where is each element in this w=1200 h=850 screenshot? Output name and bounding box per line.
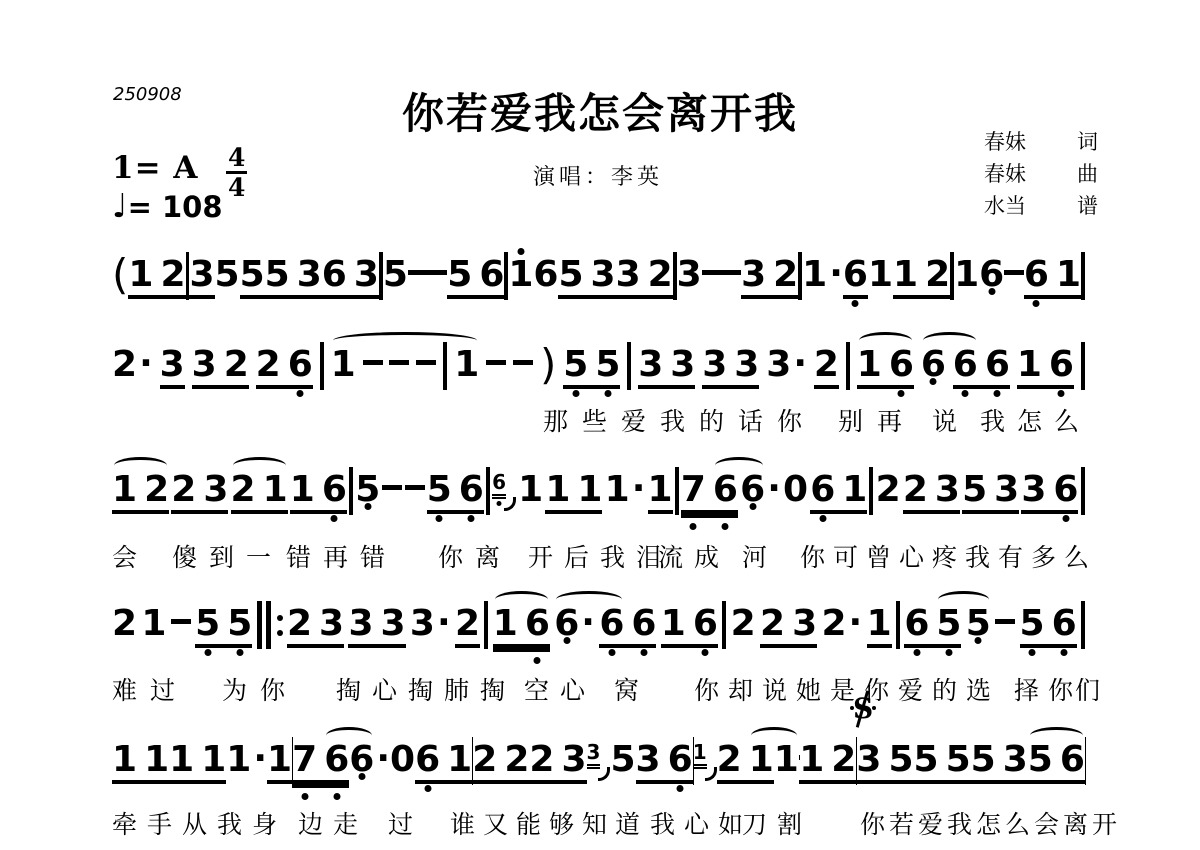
beam-group-cell: 12 <box>112 470 169 514</box>
beam-group-cell: 55 <box>563 345 620 389</box>
note-cell: 1 <box>508 255 533 295</box>
repeat-barline <box>257 601 262 649</box>
underline-group: 76 <box>292 740 349 784</box>
sheet-music-page: 250908 你若爱我怎会离开我 演唱：李英 春妹 词 春妹 曲 水当 谱 1=… <box>0 0 1200 850</box>
octave-dot-below <box>301 793 308 800</box>
jianpu-note: 6 <box>1024 255 1049 295</box>
credit-name: 春妹 <box>984 160 1026 188</box>
credit-name: 春妹 <box>984 128 1026 156</box>
jianpu-note: 5 <box>971 740 996 780</box>
lyric-segment: 我怎么 <box>980 407 1091 437</box>
jianpu-note: 2 <box>821 604 846 644</box>
jianpu-note: 5 <box>265 255 290 295</box>
note-cell: 2· <box>821 604 862 644</box>
beam-group-cell: 56 <box>447 255 504 299</box>
beam-group-cell: 11 <box>545 470 602 514</box>
octave-dot-below <box>468 515 475 522</box>
beam-group-cell: 23 <box>287 604 344 648</box>
duration-dash <box>513 360 533 365</box>
time-signature-denominator: 4 <box>228 174 245 201</box>
jianpu-note: 5 <box>227 604 252 644</box>
jianpu-note: 3 <box>160 345 185 385</box>
jianpu-note: 3 <box>348 604 373 644</box>
note-cell: 1· <box>226 740 267 780</box>
underline-group: 2 <box>455 604 480 648</box>
jianpu-note: 6 <box>1049 345 1074 385</box>
beam-group-cell: 23 <box>760 604 817 648</box>
octave-dot-below <box>1061 649 1068 656</box>
jianpu-note: 5 <box>355 470 380 510</box>
note-cell: 0 <box>390 740 415 780</box>
jianpu-note: 6 <box>492 470 506 494</box>
jianpu-note: 1 <box>661 604 686 644</box>
underline-group: 33 <box>638 345 695 389</box>
beam-group-cell: 23 <box>529 740 586 784</box>
note-cell: 1 <box>868 255 893 295</box>
beam-group-cell: 6 <box>843 255 868 299</box>
barline <box>846 342 850 390</box>
jianpu-note: 1 <box>799 740 824 780</box>
note-cell: 5 <box>966 604 991 644</box>
jianpu-note: 6 <box>985 345 1010 385</box>
jianpu-note: 2 <box>504 740 529 780</box>
jianpu-note: 5 <box>914 740 939 780</box>
jianpu-note: 2 <box>455 604 480 644</box>
grace-slur-hook <box>705 767 717 781</box>
open-paren: ( <box>112 255 128 295</box>
beam-group-cell: 53 <box>971 740 1028 784</box>
underline-group: 23 <box>171 470 228 514</box>
slur-arc <box>715 457 763 474</box>
octave-dot-below <box>962 390 969 397</box>
beam-group-cell: 3 <box>160 345 185 389</box>
jianpu-note: 3 <box>616 255 641 295</box>
beam-group-cell: 5 <box>240 255 265 299</box>
repeat-begin-sign <box>257 601 283 649</box>
jianpu-note: 5 <box>1028 740 1053 780</box>
underline-group: 36 <box>636 740 693 784</box>
beam-group-cell: 53 <box>558 255 615 299</box>
lyric-segment: 河 <box>742 543 767 573</box>
octave-dot-below <box>898 390 905 397</box>
score-line-5: 11111·1766·0612223353612111235555356 <box>112 740 1085 780</box>
segno-dot <box>850 706 854 710</box>
octave-dot-below <box>424 785 431 792</box>
duration-dash <box>702 270 722 275</box>
score-line-4: 215523333·2166·66162232·165556 <box>112 604 1085 644</box>
jianpu-note: 2 <box>144 470 169 510</box>
jianpu-note: 1 <box>128 255 153 295</box>
jianpu-note: 1 <box>1017 345 1042 385</box>
slur-arc <box>938 591 988 608</box>
octave-dot-below <box>702 649 709 656</box>
jianpu-note: 1 <box>331 345 356 385</box>
duration-dash <box>171 619 191 624</box>
underline-group: 53 <box>971 740 1028 784</box>
jianpu-note: 2 <box>731 604 756 644</box>
jianpu-note: 5 <box>946 740 971 780</box>
jianpu-note: 6 <box>288 345 313 385</box>
duration-dash <box>1004 270 1024 275</box>
duration-dash <box>405 485 425 490</box>
beam-group-cell: 33 <box>348 604 405 648</box>
octave-dot-below <box>913 649 920 656</box>
jianpu-note: 2 <box>814 345 839 385</box>
underline-group: 23 <box>760 604 817 648</box>
jianpu-note: 2 <box>112 345 137 385</box>
slur-arc <box>751 727 797 744</box>
repeat-dots <box>275 601 283 649</box>
jianpu-note: 2 <box>760 604 785 644</box>
octave-dot-below <box>563 637 570 644</box>
jianpu-note: 3 <box>792 604 817 644</box>
jianpu-note: 5 <box>447 255 472 295</box>
jianpu-note: 3 <box>319 604 344 644</box>
lyric-segment: 你离 <box>438 543 512 573</box>
beam-group-cell: 1 <box>267 740 292 784</box>
jianpu-note: 3 <box>734 345 759 385</box>
jianpu-note: 6 <box>459 470 484 510</box>
jianpu-note: 2 <box>256 345 281 385</box>
jianpu-note: 5 <box>215 255 240 295</box>
underline-group: 6 <box>843 255 868 299</box>
jianpu-note: 3 <box>354 255 379 295</box>
octave-dot-below <box>297 390 304 397</box>
beam-group-cell: 32 <box>741 255 798 299</box>
octave-dot-below <box>975 637 982 644</box>
lyric-segment: 你可曾心疼我有多么 <box>800 543 1097 573</box>
jianpu-note: 1 <box>893 255 918 295</box>
jianpu-note: 5 <box>427 470 452 510</box>
jianpu-note: 1 <box>648 470 673 510</box>
jianpu-note: 6 <box>1060 740 1085 780</box>
underline-group: 55 <box>195 604 252 648</box>
lyric-segment: 别再 <box>838 407 916 437</box>
octave-dot-below <box>608 649 615 656</box>
duration-dash <box>486 360 506 365</box>
tempo-marking: ♩= 108 <box>112 189 223 224</box>
jianpu-note: 1 <box>545 470 570 510</box>
underline-group: 32 <box>741 255 798 299</box>
octave-dot-below <box>988 288 995 295</box>
jianpu-note: 3 <box>192 345 217 385</box>
note-cell: 6· <box>349 740 390 780</box>
jianpu-note: 2 <box>876 470 901 510</box>
lyric-segment: 谁又能够知道 <box>450 810 648 840</box>
underline-group: 55 <box>914 740 971 784</box>
credit-role: 谱 <box>1077 192 1098 220</box>
note-cell: 1· <box>605 470 646 510</box>
note-cell: 6 <box>921 345 946 385</box>
underline-group: 11 <box>169 740 226 784</box>
beam-group-cell: 23 <box>171 470 228 514</box>
jianpu-note: 7 <box>292 740 317 780</box>
lyric-segment: 傻到一 <box>172 543 283 573</box>
underline-group: 16 <box>1017 345 1074 389</box>
lyric-segment: 你若爱我怎么会离开 <box>860 810 1121 840</box>
underline-group: 76 <box>681 470 738 514</box>
augmentation-dot: · <box>376 740 390 778</box>
jianpu-note: 3 <box>994 470 1019 510</box>
jianpu-note: 3 <box>381 604 406 644</box>
underline-group: 12 <box>112 470 169 514</box>
underline-group: 65 <box>904 604 961 648</box>
beam-group-cell: 12 <box>799 740 856 784</box>
jianpu-note: 3 <box>1003 740 1028 780</box>
jianpu-note: 3 <box>935 470 960 510</box>
note-cell: 2 <box>731 604 756 644</box>
jianpu-note: 2 <box>773 255 798 295</box>
jianpu-note: 1 <box>749 740 774 780</box>
beam-group-cell: 76 <box>681 470 738 514</box>
beam-group-cell: 63 <box>322 255 379 299</box>
jianpu-note: 1 <box>169 740 194 780</box>
lyric-segment: 那些爱我的话你 <box>543 407 816 437</box>
duration-dash <box>721 270 741 275</box>
octave-dot-below <box>930 378 937 385</box>
grace-note-cell: 3 <box>587 740 611 781</box>
underline-group: 53 <box>265 255 322 299</box>
underline-group: 32 <box>192 345 249 389</box>
jianpu-note: 2 <box>648 255 673 295</box>
jianpu-note: 7 <box>681 470 706 510</box>
credits-block: 春妹 词 春妹 曲 水当 谱 <box>984 128 1098 220</box>
underline-group: 56 <box>447 255 504 299</box>
jianpu-note: 1 <box>454 345 479 385</box>
augmentation-dot: · <box>437 604 451 642</box>
underline-group: 3 <box>189 255 214 299</box>
beam-group-cell: 35 <box>856 740 913 784</box>
repeat-dot <box>277 630 283 636</box>
credit-role: 词 <box>1077 128 1098 156</box>
beam-group-cell: 61 <box>1024 255 1081 299</box>
beam-group-cell: 3 <box>189 255 214 299</box>
slur-arc <box>495 591 548 608</box>
augmentation-dot: · <box>793 345 807 383</box>
barline <box>675 467 679 515</box>
beam-group-cell: 55 <box>195 604 252 648</box>
beam-group-cell: 16 <box>661 604 718 648</box>
barline <box>722 601 726 649</box>
jianpu-note: 6 <box>953 345 978 385</box>
slur-arc <box>923 332 976 349</box>
duration-dash <box>382 485 402 490</box>
jianpu-note: 5 <box>962 470 987 510</box>
barline <box>896 601 900 649</box>
singer-line: 演唱：李英 <box>533 164 663 192</box>
underline-group: 21 <box>231 470 288 514</box>
grace-slur-hook <box>504 497 516 511</box>
beam-group-cell: 26 <box>256 345 313 389</box>
jianpu-note: 1 <box>605 470 630 510</box>
jianpu-note: 6 <box>631 604 656 644</box>
underline-group: 56 <box>1028 740 1085 784</box>
octave-dot-below <box>1033 300 1040 307</box>
underline-group: 1 <box>267 740 292 784</box>
barline <box>443 342 447 390</box>
beam-group-cell: 12 <box>893 255 950 299</box>
duration-dash <box>995 619 1015 624</box>
underline-group: 2 <box>814 345 839 389</box>
jianpu-note: 1 <box>802 255 827 295</box>
jianpu-note: 5 <box>195 604 220 644</box>
beam-group-cell: 22 <box>472 740 529 784</box>
lyric-segment: 流成 <box>658 543 730 573</box>
note-cell: 6· <box>740 470 781 510</box>
grace-slur-hook <box>598 767 610 781</box>
underline-group: 16 <box>290 470 347 514</box>
barline <box>320 342 324 390</box>
jianpu-note: 5 <box>888 740 913 780</box>
credit-lyricist: 春妹 词 <box>984 128 1098 156</box>
barline <box>486 467 490 515</box>
jianpu-note: 6 <box>479 255 504 295</box>
octave-dot-below <box>690 523 697 530</box>
jianpu-note: 2 <box>529 740 554 780</box>
grace-note-group: 1 <box>693 740 707 766</box>
beam-group-cell: 36 <box>636 740 693 784</box>
jianpu-note: 3 <box>856 740 881 780</box>
augmentation-dot: · <box>829 255 843 293</box>
barline <box>1081 342 1085 390</box>
jianpu-note: 6 <box>713 470 738 510</box>
jianpu-note: 2 <box>287 604 312 644</box>
underline-group: 63 <box>322 255 379 299</box>
underline-group: 61 <box>1024 255 1081 299</box>
beam-group-cell: 53 <box>265 255 322 299</box>
lyric-segment: 你却说她是你爱的选 <box>694 676 1000 706</box>
jianpu-note: 6 <box>668 740 693 780</box>
slur-arc <box>233 457 286 474</box>
note-cell: 6· <box>554 604 595 644</box>
note-cell: 3· <box>766 345 807 385</box>
duration-dash <box>363 360 383 365</box>
jianpu-note: 1 <box>493 604 518 644</box>
note-cell: 6 <box>979 255 1004 295</box>
jianpu-note: 1 <box>954 255 979 295</box>
jianpu-note: 1 <box>112 740 137 780</box>
jianpu-note: 3 <box>636 740 661 780</box>
jianpu-note: 1 <box>508 255 533 295</box>
jianpu-note: 6 <box>415 740 440 780</box>
underline-group: 55 <box>563 345 620 389</box>
augmentation-dot: · <box>139 345 153 383</box>
slur-arc <box>333 332 478 349</box>
underline-group: 53 <box>962 470 1019 514</box>
augmentation-dot: · <box>632 470 646 508</box>
underline-group: 33 <box>348 604 405 648</box>
jianpu-note: 1 <box>290 470 315 510</box>
underline-group: 3 <box>160 345 185 389</box>
beam-group-cell: 56 <box>1020 604 1077 648</box>
augmentation-dot: · <box>767 470 781 508</box>
duration-dash <box>416 360 436 365</box>
note-cell: 5 <box>355 470 380 510</box>
octave-dot-below <box>1029 649 1036 656</box>
underline-group: 23 <box>529 740 586 784</box>
octave-dot-below <box>436 515 443 522</box>
jianpu-note: 5 <box>240 255 265 295</box>
beam-group-cell: 53 <box>962 470 1019 514</box>
beam-group-cell: 33 <box>702 345 759 389</box>
note-cell: 5 <box>610 740 635 780</box>
jianpu-note: 1 <box>267 740 292 780</box>
rest-note: 0 <box>783 470 808 510</box>
score-line-1: (1235553635561653323321·61121661 <box>112 255 1085 295</box>
octave-dot-below <box>1058 390 1065 397</box>
jianpu-note: 2 <box>231 470 256 510</box>
jianpu-note: 6 <box>554 604 579 644</box>
jianpu-note: 3 <box>702 345 727 385</box>
underline-group: 56 <box>427 470 484 514</box>
underline-group: 66 <box>599 604 656 648</box>
jianpu-note: 5 <box>563 345 588 385</box>
lyric-segment: 错再错 <box>286 543 397 573</box>
barline <box>627 342 631 390</box>
jianpu-note: 2 <box>224 345 249 385</box>
jianpu-note: 5 <box>966 604 991 644</box>
note-cell: 1 <box>954 255 979 295</box>
lyric-segment: 为你 <box>222 676 298 706</box>
underline-group: 16 <box>493 604 550 648</box>
grace-note-cell: 1 <box>693 740 717 781</box>
jianpu-note: 2 <box>171 470 196 510</box>
beam-group-cell: 1 <box>648 470 673 514</box>
octave-dot-below <box>572 390 579 397</box>
jianpu-note: 3 <box>638 345 663 385</box>
underline-group: 32 <box>616 255 673 299</box>
jianpu-note: 1 <box>857 345 882 385</box>
barline <box>869 467 873 515</box>
jianpu-note: 3 <box>203 470 228 510</box>
jianpu-note: 1 <box>1056 255 1081 295</box>
beam-group-cell: 65 <box>904 604 961 648</box>
jianpu-note: 2 <box>925 255 950 295</box>
time-signature-numerator: 4 <box>226 144 247 174</box>
jianpu-note: 6 <box>979 255 1004 295</box>
octave-dot-below <box>534 657 541 664</box>
quarter-note-icon: ♩ <box>112 186 128 225</box>
underline-group: 16 <box>661 604 718 648</box>
jianpu-note: 1 <box>112 470 137 510</box>
score-line-2: 2·3322611)5533333·21666616 <box>112 345 1085 385</box>
beam-group-cell: 2 <box>814 345 839 389</box>
beam-group-cell: 21 <box>231 470 288 514</box>
jianpu-note: 2 <box>160 255 185 295</box>
augmentation-dot: · <box>253 740 267 778</box>
jianpu-note: 1 <box>263 470 288 510</box>
octave-dot-below <box>333 793 340 800</box>
beam-group-cell: 66 <box>599 604 656 648</box>
note-cell: 1 <box>774 740 799 780</box>
jianpu-note: 3 <box>410 604 435 644</box>
octave-dot-below <box>204 649 211 656</box>
beam-group-cell: 11 <box>169 740 226 784</box>
jianpu-note: 3 <box>677 255 702 295</box>
close-paren: ) <box>540 345 556 385</box>
jianpu-note: 6 <box>889 345 914 385</box>
lyric-segment: 牵手从我身 <box>112 810 287 840</box>
octave-dot-below <box>677 785 684 792</box>
jianpu-note: 5 <box>610 740 635 780</box>
jianpu-note: 3 <box>670 345 695 385</box>
slur-arc <box>326 727 372 744</box>
octave-dot-below <box>852 300 859 307</box>
duration-dash <box>389 360 409 365</box>
octave-dot-below <box>331 515 338 522</box>
jianpu-note: 1 <box>201 740 226 780</box>
barline <box>1081 467 1085 515</box>
